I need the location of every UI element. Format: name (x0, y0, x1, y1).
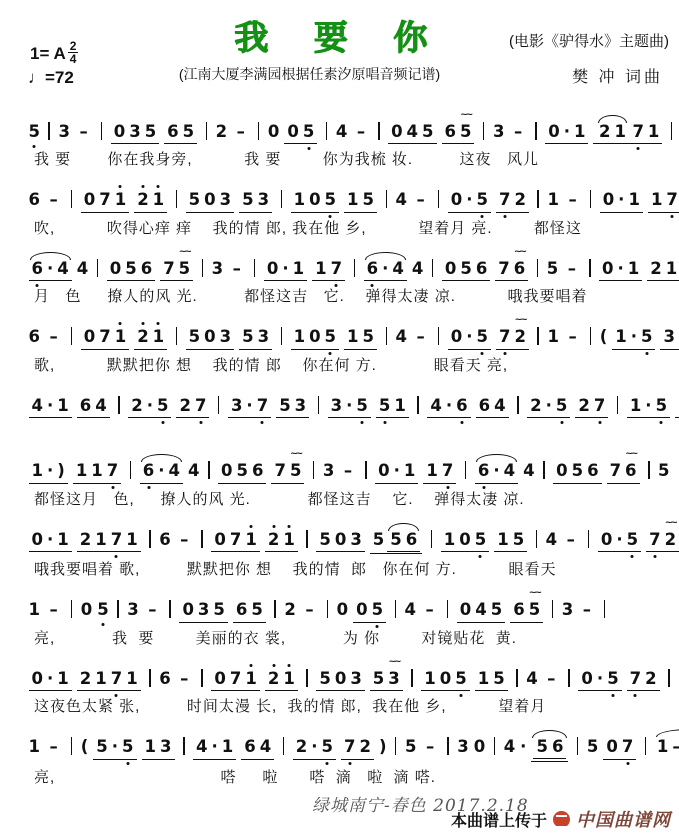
note: 6 (552, 738, 563, 757)
note: 1 (57, 397, 68, 416)
duration-dash: – (568, 260, 576, 279)
barline (438, 327, 440, 345)
note: 0 (214, 531, 225, 550)
dot-after-note: · (47, 397, 53, 416)
note: 1 (347, 191, 358, 210)
low-octave-dot (261, 421, 264, 424)
note: 7 (257, 397, 268, 416)
barline (118, 396, 120, 414)
note: 0 (81, 601, 92, 620)
barline (494, 737, 496, 755)
beam-group: 071 (81, 328, 129, 349)
beam-group: 21 (265, 531, 298, 552)
note: 0 (451, 191, 462, 210)
note: 3 (212, 260, 223, 279)
duration-dash: – (583, 601, 591, 620)
barline (447, 600, 449, 618)
note: 3 (331, 397, 342, 416)
note: 0 (335, 670, 346, 689)
barline (130, 461, 132, 479)
note: 7 (111, 670, 122, 689)
note: 1 (657, 738, 668, 757)
note: 0 (204, 328, 215, 347)
high-octave-dot (288, 664, 291, 667)
mordent-icon: ~~ (665, 518, 676, 528)
note: 5 (279, 397, 290, 416)
note: 3 (220, 328, 231, 347)
high-octave-dot (288, 525, 291, 528)
notation-line: 1–053–035652–0054–04565~~3– (26, 588, 673, 622)
barline (648, 461, 650, 479)
note: 0 (460, 601, 471, 620)
high-octave-dot (272, 525, 275, 528)
note: 6 (456, 397, 467, 416)
dot-after-note: · (617, 260, 623, 279)
note: 0 (309, 191, 320, 210)
note: 5~~ (290, 462, 301, 481)
duration-dash: – (49, 328, 57, 347)
slur-group: 6·4 (140, 462, 183, 483)
beam-group: 17 (648, 191, 679, 212)
dot-after-note: · (546, 397, 552, 416)
note: 0 (214, 670, 225, 689)
parenthesis: ( (600, 328, 608, 347)
barline (588, 530, 590, 548)
beam-group: 53~~ (370, 670, 403, 691)
note: 0 (474, 738, 485, 757)
transcription-credit: (江南大厦李满园根据任素汐原唱音频记谱) (0, 64, 619, 84)
beam-group: 105 (441, 531, 489, 552)
notation-line: 0·121716–07121503556105154–0·572~~ (26, 518, 673, 554)
note: 7 (610, 462, 621, 481)
duration-dash: – (233, 260, 241, 279)
duration-dash: – (514, 123, 522, 142)
barline (552, 600, 554, 618)
beam-group: 1·5 (612, 328, 655, 349)
note: 4 (523, 462, 534, 481)
mordent-icon: ~~ (529, 588, 540, 598)
note: 4 (412, 260, 423, 279)
note: 1 (145, 738, 156, 757)
note: 5 (183, 123, 194, 142)
note: 0 (391, 123, 402, 142)
low-octave-dot (481, 352, 484, 355)
notation-line: 4·1642·5273·7533·5514·6642·5271·531 (26, 384, 673, 418)
note: 6 (236, 601, 247, 620)
note: 5 (641, 328, 652, 347)
beam-group: 2171 (77, 670, 141, 691)
note: 5 (29, 123, 40, 142)
note: 7 (163, 260, 174, 279)
note: 2 (578, 397, 589, 416)
music-system: 6–0712150353105154–0·5721–0·117吹, 吹得心痒 痒… (26, 178, 673, 237)
note: 2~~ (665, 531, 676, 550)
slur-group: 6·4 (475, 462, 518, 483)
note: 5 (189, 328, 200, 347)
score-header: 我 要 你 (电影《驴得水》主题曲) 1= A24 ♩=72 (江南大厦李满园根… (0, 0, 679, 104)
note: 5 (405, 738, 416, 757)
dot-after-note: · (47, 462, 53, 481)
note: 5 (319, 670, 330, 689)
note: 5 (572, 462, 583, 481)
low-octave-dot (326, 762, 329, 765)
beam-group: 15 (344, 191, 377, 212)
note: 1 (153, 328, 164, 347)
note: 5 (321, 738, 332, 757)
note: 4 (396, 191, 407, 210)
beam-group: 071 (81, 191, 129, 212)
note: 5 (373, 670, 384, 689)
note: 1 (95, 531, 106, 550)
note: 6 (445, 123, 456, 142)
beam-group: 53 (239, 191, 272, 212)
beam-group: 21 (134, 191, 167, 212)
barline (71, 190, 73, 208)
note: 2 (216, 123, 227, 142)
note: 5~~ (460, 123, 471, 142)
note: 7 (649, 531, 660, 550)
low-octave-dot (126, 762, 129, 765)
note: 6 (476, 260, 487, 279)
beam-group: 15 (344, 328, 377, 349)
note: 0 (440, 670, 451, 689)
barline (386, 327, 388, 345)
beam-group: 2171 (77, 531, 141, 552)
slur-group: 56 (387, 531, 420, 552)
time-signature: 24 (68, 40, 79, 65)
movie-subtitle: (电影《驴得水》主题曲) (509, 30, 669, 51)
barline (274, 600, 276, 618)
note: 1 (628, 260, 639, 279)
duration-dash: – (79, 123, 87, 142)
beam-group: 556 (370, 531, 422, 554)
beam-group: 17 (312, 260, 345, 281)
barline (617, 396, 619, 414)
beam-group: 72~~ (496, 328, 529, 349)
note: 7 (195, 397, 206, 416)
low-octave-dot (481, 215, 484, 218)
music-system: 4·1642·5273·7533·5514·6642·5271·531 (26, 384, 673, 440)
note: 0 (309, 328, 320, 347)
barline (306, 530, 308, 548)
note: 2 (268, 670, 279, 689)
note: 4 (526, 670, 537, 689)
parenthesis: ) (57, 462, 65, 481)
note: 1 (630, 397, 641, 416)
beam-group: 503 (186, 328, 234, 349)
note: 0 (459, 531, 470, 550)
note: 7 (331, 260, 342, 279)
beam-group: 0·1 (545, 123, 588, 144)
key-label: 1= A (30, 44, 66, 63)
dot-after-note: · (158, 462, 164, 481)
note: 0 (32, 670, 43, 689)
note: 3 (231, 397, 242, 416)
barline (117, 600, 119, 618)
note: 2 (137, 328, 148, 347)
slur-group: 56 (531, 738, 568, 761)
note: 6 (406, 531, 417, 550)
note: 7 (632, 123, 643, 142)
low-octave-dot (36, 284, 39, 287)
note: 2 (80, 670, 91, 689)
low-octave-dot (459, 694, 462, 697)
low-octave-dot (660, 421, 663, 424)
low-octave-dot (503, 352, 506, 355)
beam-group: 65 (233, 601, 266, 622)
beam-group: 4·1 (29, 397, 72, 418)
high-octave-dot (250, 525, 253, 528)
note: 5 (157, 397, 168, 416)
note: 2 (599, 123, 610, 142)
note: 7 (594, 397, 605, 416)
note: 5 (455, 670, 466, 689)
low-octave-dot (482, 486, 485, 489)
barline (313, 461, 315, 479)
dot-after-note: · (466, 191, 472, 210)
duration-dash: – (416, 328, 424, 347)
beam-group: 503 (316, 531, 364, 552)
note: 4 (405, 601, 416, 620)
beam-group: 0·1 (600, 191, 643, 212)
note: 1 (294, 328, 305, 347)
beam-group: 056 (107, 260, 155, 281)
beam-group: 056 (442, 260, 490, 281)
duration-dash: – (416, 191, 424, 210)
beam-group: 05 (284, 123, 317, 144)
notation-line: 6·4405675~~3–0·1176·4405676~~5–0·12171 (26, 247, 673, 281)
note: 0 (602, 260, 613, 279)
beam-group: 72 (627, 670, 660, 691)
beam-group: 0·5 (578, 670, 621, 691)
beam-group: 17 (423, 462, 456, 483)
note: 1 (614, 123, 625, 142)
barline (668, 669, 670, 687)
low-octave-dot (33, 145, 36, 148)
note: 1 (29, 738, 40, 757)
beam-group: 72~~ (646, 531, 679, 552)
note: 4 (57, 260, 68, 279)
note: 7 (630, 670, 641, 689)
high-octave-dot (157, 185, 160, 188)
lyrics-line: 哦我要唱着 歌, 默默把你 想 我的情 郎 你在何 方. 眼看天 (34, 558, 673, 579)
beam-group: 045 (457, 601, 505, 622)
note: 3 (350, 670, 361, 689)
high-octave-dot (250, 664, 253, 667)
dot-after-note: · (282, 260, 288, 279)
note: 6 (29, 191, 40, 210)
note: 5 (303, 123, 314, 142)
note: 1 (283, 670, 294, 689)
note: 5~~ (179, 260, 190, 279)
note: 3 (198, 601, 209, 620)
low-octave-dot (637, 147, 640, 150)
beam-group: 15 (475, 670, 508, 691)
note: 4 (494, 397, 505, 416)
lyrics-line: 吹, 吹得心痒 痒 我的情 郎, 我在他 乡, 望着月 亮. 都怪这 (34, 217, 673, 238)
note: 6 (80, 397, 91, 416)
note: 1 (32, 462, 43, 481)
barline (365, 461, 367, 479)
beam-group: 31 (660, 328, 679, 349)
low-octave-dot (653, 555, 656, 558)
beam-group: 2·5 (527, 397, 570, 418)
duration-dash: – (237, 123, 245, 142)
note: 1 (115, 191, 126, 210)
note: 5 (372, 601, 383, 620)
note: 3 (663, 328, 674, 347)
note: 1 (293, 260, 304, 279)
note: 1 (497, 531, 508, 550)
low-octave-dot (115, 694, 118, 697)
dot-after-note: · (645, 397, 651, 416)
barline (169, 600, 171, 618)
beam-group: 117 (73, 462, 121, 483)
dot-after-note: · (346, 397, 352, 416)
note: 5 (491, 601, 502, 620)
dot-after-note: · (211, 738, 217, 757)
note: 2~~ (514, 328, 525, 347)
beam-group: 0·1 (264, 260, 307, 281)
note: 3 (493, 123, 504, 142)
beam-group: 056 (218, 462, 266, 483)
dot-after-note: · (47, 260, 53, 279)
note: 5 (547, 260, 558, 279)
note: 1 (444, 531, 455, 550)
low-octave-dot (147, 486, 150, 489)
note: 5 (658, 462, 669, 481)
note: 1 (574, 123, 585, 142)
note: 2 (645, 670, 656, 689)
barline (604, 600, 606, 618)
slur-group: 1–1– (655, 737, 679, 757)
note: 0 (84, 191, 95, 210)
barline (431, 530, 433, 548)
site-logo-icon (553, 811, 570, 828)
barline (97, 259, 99, 277)
note: 4 (77, 260, 88, 279)
duration-dash: – (672, 738, 679, 757)
beam-group: 1·) (29, 462, 68, 483)
note: 2 (137, 191, 148, 210)
note: 0 (182, 601, 193, 620)
note: 2 (530, 397, 541, 416)
duration-dash: – (49, 738, 57, 757)
note: 0 (204, 191, 215, 210)
beam-group: 27 (176, 397, 209, 418)
barline (483, 122, 485, 140)
slur-group: 6·4 (364, 260, 407, 281)
note: 5 (325, 191, 336, 210)
note: 1 (126, 531, 137, 550)
note: 1 (76, 462, 87, 481)
note: 0 (110, 260, 121, 279)
low-octave-dot (371, 284, 374, 287)
low-octave-dot (479, 555, 482, 558)
high-octave-dot (119, 185, 122, 188)
low-octave-dot (671, 215, 674, 218)
note: 4 (430, 397, 441, 416)
note: 5 (587, 738, 598, 757)
beam-group: 76~~ (607, 462, 640, 483)
high-octave-dot (141, 322, 144, 325)
note: 3 (258, 191, 269, 210)
note: 4 (169, 462, 180, 481)
dot-after-note: · (564, 123, 570, 142)
note: 5 (122, 738, 133, 757)
note: 7 (499, 191, 510, 210)
lyrics-line: 这夜色太紧 张, 时间太漫 长, 我的情 郎, 我在他 乡, 望着月 (34, 695, 673, 716)
note: 2 (650, 260, 661, 279)
mordent-icon: ~~ (388, 657, 399, 667)
dot-after-note: · (47, 670, 53, 689)
note: 6 (167, 123, 178, 142)
barline (395, 600, 397, 618)
low-octave-dot (329, 215, 332, 218)
barline (201, 669, 203, 687)
low-octave-dot (101, 623, 104, 626)
barline (447, 737, 449, 755)
low-octave-dot (335, 284, 338, 287)
barline (254, 259, 256, 277)
note: 1 (29, 601, 40, 620)
duration-dash: – (357, 123, 365, 142)
duration-dash: – (305, 601, 313, 620)
beam-group: 31 (675, 397, 679, 418)
dot-after-note: · (618, 191, 624, 210)
barline (202, 259, 204, 277)
note: 0 (287, 123, 298, 142)
duration-dash: – (148, 601, 156, 620)
low-octave-dot (376, 625, 379, 628)
note: 5 (125, 260, 136, 279)
beam-group: 4·1 (193, 738, 236, 759)
note: 6 (513, 601, 524, 620)
high-octave-dot (157, 322, 160, 325)
note: 1 (153, 191, 164, 210)
note: 7 (111, 531, 122, 550)
note: 1 (95, 670, 106, 689)
note: 7 (99, 191, 110, 210)
duration-dash: – (49, 601, 57, 620)
note: 7 (442, 462, 453, 481)
note: 3 (220, 191, 231, 210)
low-octave-dot (115, 555, 118, 558)
beam-group: 2·5 (293, 738, 336, 759)
note: 1 (394, 397, 405, 416)
dot-after-note: · (394, 462, 400, 481)
note: 4 (407, 123, 418, 142)
low-octave-dot (361, 421, 364, 424)
beam-group: 0·5 (448, 328, 491, 349)
note: 1 (91, 462, 102, 481)
note: 1 (478, 670, 489, 689)
note: 4 (392, 260, 403, 279)
note: 5 (627, 531, 638, 550)
duration-dash: – (49, 191, 57, 210)
beam-group: 3·7 (228, 397, 271, 418)
duration-dash: – (568, 191, 576, 210)
note: 1 (426, 462, 437, 481)
beam-group: 0·5 (598, 531, 641, 552)
note: 1 (648, 123, 659, 142)
low-octave-dot (199, 421, 202, 424)
barline (176, 327, 178, 345)
note: 6 (252, 462, 263, 481)
barline (395, 737, 397, 755)
note: 1 (651, 191, 662, 210)
note: 7 (230, 531, 241, 550)
